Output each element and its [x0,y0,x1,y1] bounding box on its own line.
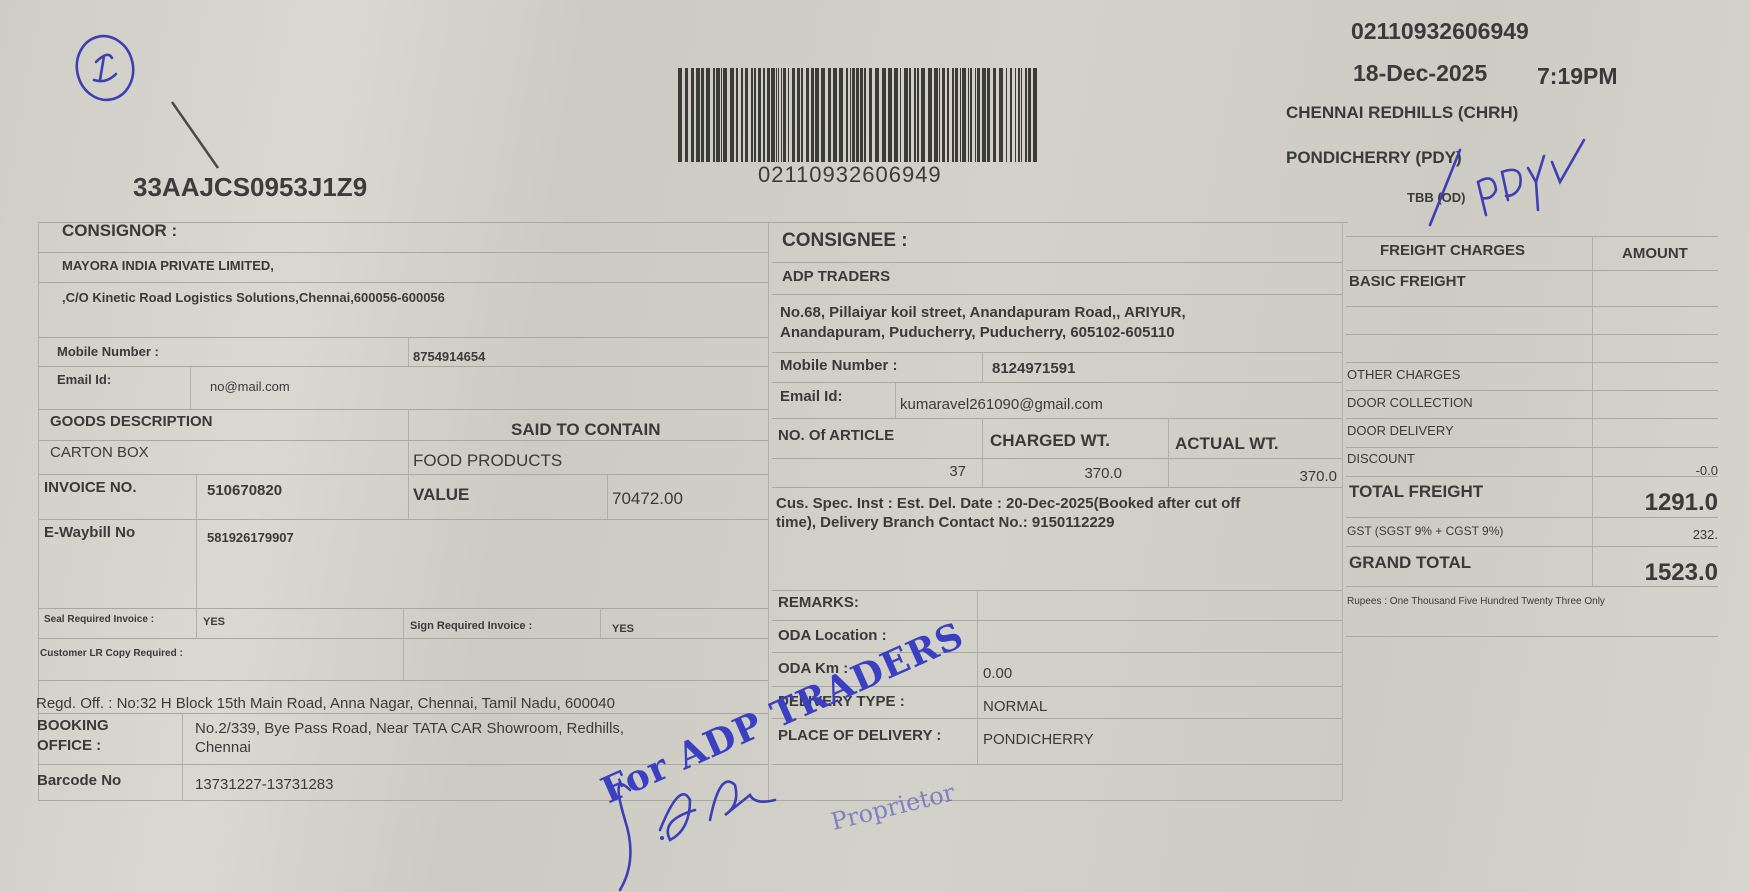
invoice-value: 70472.00 [612,489,683,509]
gstin: 33AAJCS0953J1Z9 [133,172,367,203]
actual-weight-label: ACTUAL WT. [1175,434,1279,454]
consignee-address-1: No.68, Pillaiyar koil street, Anandapura… [780,304,1186,321]
consignee-title: CONSIGNEE : [782,230,908,252]
gst-value: 232. [1693,527,1718,542]
signature-icon [600,760,860,892]
booking-time: 7:19PM [1537,63,1618,90]
said-to-contain-label: SAID TO CONTAIN [511,420,661,440]
remarks-label: REMARKS: [778,594,859,611]
consignee-address-2: Anandapuram, Puducherry, Puducherry, 605… [780,324,1175,341]
door-collection-label: DOOR COLLECTION [1347,395,1473,410]
total-freight-value: 1291.0 [1645,489,1718,517]
total-freight-label: TOTAL FREIGHT [1349,482,1483,502]
delivery-type: NORMAL [983,698,1047,715]
oda-km: 0.00 [983,665,1012,682]
barcode-range-label: Barcode No [37,772,121,789]
barcode-number: 02110932606949 [758,162,942,188]
discount-label: DISCOUNT [1347,451,1415,466]
seal-required-label: Seal Required Invoice : [44,614,154,625]
freight-charges-header: FREIGHT CHARGES [1380,242,1525,259]
special-instructions-2: time), Delivery Branch Contact No.: 9150… [776,514,1114,531]
consignor-title: CONSIGNOR : [62,221,177,241]
goods-desc-label: GOODS DESCRIPTION [50,413,213,430]
value-label: VALUE [413,485,469,505]
discount-value: -0.0 [1696,463,1718,478]
amount-header: AMOUNT [1622,245,1688,262]
consignor-email: no@mail.com [210,379,290,394]
consignee-name: ADP TRADERS [782,268,890,285]
charged-weight: 370.0 [1084,465,1122,482]
consignee-email: kumaravel261090@gmail.com [900,396,1103,413]
lr-copy-label: Customer LR Copy Required : [40,648,183,659]
barcode-image [678,68,1043,162]
consignee-email-label: Email Id: [780,388,843,405]
goods-desc: CARTON BOX [50,444,149,461]
booking-date: 18-Dec-2025 [1353,60,1487,87]
sign-required-value: YES [612,623,634,635]
registered-office: Regd. Off. : No:32 H Block 15th Main Roa… [36,695,615,712]
booking-office-address-2: Chennai [195,739,251,756]
booking-office-label-1: BOOKING [37,717,109,734]
actual-weight: 370.0 [1299,468,1337,485]
booking-office-label-2: OFFICE : [37,737,101,754]
other-charges-label: OTHER CHARGES [1347,367,1460,382]
grand-total-value: 1523.0 [1645,559,1718,587]
sign-required-label: Sign Required Invoice : [410,620,532,632]
consignor-mobile: 8754914654 [413,349,485,364]
consignor-address: ,C/O Kinetic Road Logistics Solutions,Ch… [62,290,445,305]
consignee-mobile: 8124971591 [992,360,1075,377]
gst-label: GST (SGST 9% + CGST 9%) [1347,524,1503,538]
article-count: 37 [949,463,966,480]
consignor-email-label: Email Id: [57,372,111,387]
lr-number: 02110932606949 [1351,18,1529,45]
ewaybill-number: 581926179907 [207,530,294,545]
place-of-delivery-label: PLACE OF DELIVERY : [778,727,941,744]
lr-document: 33AAJCS0953J1Z9 02110932606949 021109326… [0,0,1750,892]
consignee-mobile-label: Mobile Number : [780,357,898,374]
seal-required-value: YES [203,616,225,628]
basic-freight-label: BASIC FREIGHT [1349,273,1466,290]
said-to-contain: FOOD PRODUCTS [413,451,562,471]
barcode-range: 13731227-13731283 [195,776,333,793]
oda-location-label: ODA Location : [778,627,887,644]
door-delivery-label: DOOR DELIVERY [1347,423,1454,438]
invoice-number: 510670820 [207,482,282,499]
consignor-mobile-label: Mobile Number : [57,344,159,359]
booking-office-address-1: No.2/339, Bye Pass Road, Near TATA CAR S… [195,720,624,737]
ewaybill-label: E-Waybill No [44,524,135,541]
circled-mark-icon [60,20,260,180]
special-instructions-1: Cus. Spec. Inst : Est. Del. Date : 20-De… [776,495,1240,512]
grand-total-label: GRAND TOTAL [1349,553,1471,573]
handwritten-pdy-icon [1420,120,1620,230]
invoice-label: INVOICE NO. [44,479,137,496]
charged-weight-label: CHARGED WT. [990,431,1110,451]
consignor-name: MAYORA INDIA PRIVATE LIMITED, [62,258,274,273]
place-of-delivery: PONDICHERRY [983,731,1094,748]
amount-in-words: Rupees : One Thousand Five Hundred Twent… [1347,596,1605,607]
articles-label: NO. Of ARTICLE [778,427,894,444]
